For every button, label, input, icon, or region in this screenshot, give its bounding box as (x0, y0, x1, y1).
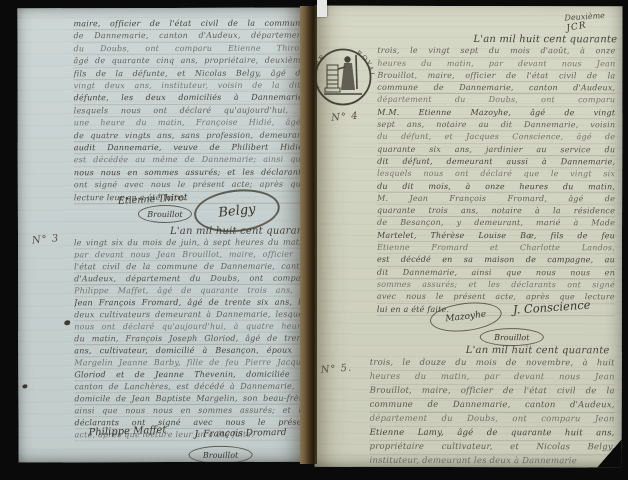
handwriting-line: sept ans, notaire au dit Dannemarie, voi… (377, 119, 615, 132)
signature-brouillot-2: Brouillot (203, 450, 238, 459)
corner-paraph: JCR (565, 21, 587, 34)
handwriting-line: Jean François Fromard, âgé de trente six… (74, 297, 302, 310)
handwriting-line: dit Dannemarie, ainsi que nous nous en (377, 266, 615, 279)
handwriting-line: du défunt, et Jacques Conscience, âgé de (377, 131, 615, 144)
act-4-text: L'an mil huit cent quarantetrois, le vin… (377, 34, 617, 316)
handwriting-line: trois, le vingt sept du mois d'août, à o… (377, 45, 615, 58)
handwriting-line: lesquels nous ont déclaré qu'aujourd'hui… (74, 104, 303, 117)
signature-mazoyhe: Mazoyhe (445, 310, 487, 325)
handwriting-line: fils de la défunte, et Nicolas Belgy, âg… (74, 67, 303, 80)
handwriting-line: département du Doubs, ont comparu (377, 94, 615, 107)
handwriting-line: quarante trois ans, notaire à la résiden… (377, 205, 615, 218)
handwriting-line: Etienne Fromard et Charlotte Landos, (377, 242, 615, 255)
handwriting-line: lesquels nous ont déclaré que le vingt s… (377, 168, 615, 181)
handwriting-line: heures du matin, par devant nous Jean (370, 371, 615, 386)
handwriting-line: propriétaire cultivateur, et Nicolas Bel… (370, 441, 615, 456)
signature-brouillot-1: Brouillot (147, 209, 182, 218)
handwriting-line: L'an mil huit cent quarante (466, 344, 615, 357)
stamp-text-royal: ROYAL (355, 49, 375, 78)
handwriting-line: Gloriod et de Jeanne Thevenin, domicilié… (74, 369, 302, 382)
act-2-closing-text: maire, officier de l'état civil de la co… (73, 18, 302, 205)
handwriting-line: du Doubs, ont comparu Etienne Thirot, (73, 42, 302, 55)
handwriting-line: par devant nous Jean Brouillot, maire, o… (74, 249, 303, 262)
handwriting-line: est décédée au même de Dannemarie; ainsi… (74, 154, 303, 167)
handwriting-line: canton de Lanchères, est décédé à Dannem… (74, 381, 302, 394)
handwriting-line: d'Audeux, département du Doubs, ont comp… (74, 273, 302, 286)
register-page-left: N° 3 maire, officier de l'état civil de … (17, 8, 302, 463)
stamp-figure (338, 55, 357, 90)
handwriting-line: vingt deux ans, instituteur, voisin de l… (74, 80, 303, 93)
act-number-label-5: N° 5. (320, 362, 352, 376)
handwriting-line: nous ont déclaré qu'aujourd'hui, à quatr… (74, 321, 302, 334)
handwriting-line: de Besançon, y demeurant, marié à Made (377, 217, 615, 230)
handwriting-line: commune de Dannemarie, canton d'Audeux, (377, 82, 615, 95)
handwriting-line: Philippe Maffet, âgé de quarante trois a… (74, 285, 302, 298)
signature-belgy: Belgy (218, 201, 256, 220)
handwriting-line: nous nous en sommes assurés; et les décl… (74, 166, 303, 179)
handwriting-line: ainsi que nous nous en sommes assurés; e… (74, 405, 302, 418)
handwriting-line: sommes assurés; et les déclarants ont si… (377, 279, 615, 292)
handwriting-line: domicile de Jean Baptiste Margelin, son … (74, 393, 302, 406)
signature-brouillot-oval-1: Brouillot (138, 205, 192, 223)
handwriting-line: l'état civil de la commune de Dannemarie… (74, 261, 303, 274)
handwriting-line: défunte, les deux domiciliés à Dannemari… (74, 92, 303, 105)
ink-blot (22, 384, 27, 388)
act-number-label-3: N° 3 (32, 233, 60, 246)
handwriting-line: L'an mil huit cent quarante (473, 34, 617, 46)
handwriting-line: du matin, François Joseph Gloriod, âgé d… (74, 333, 302, 346)
handwriting-line: Brouillot, maire, officier de l'état civ… (370, 385, 615, 400)
handwriting-line: une heure du matin, Françoise Hidié, âgé… (74, 117, 303, 130)
handwriting-line: ont signé avec nous le présent acte; apr… (74, 179, 303, 192)
handwriting-line: est décédé en sa maison de campagne, au (377, 254, 615, 267)
handwriting-line: M.M. Etienne Mazoyhe, âgé de vingt (377, 107, 615, 120)
handwriting-line: âgé de quarante cinq ans, propriétaire, … (74, 55, 303, 68)
svg-text:ROYAL: ROYAL (355, 49, 375, 78)
handwriting-line: Brouillot, maire, officier de l'état civ… (377, 70, 615, 83)
handwriting-line: de Dannemarie, canton d'Audeux, départem… (73, 30, 302, 43)
handwriting-line: commune de Dannemarie, canton d'Audeux, (370, 399, 615, 414)
act-3-text: L'an mil huit cent quarante trois,le vin… (74, 226, 303, 442)
handwriting-line: département du Doubs, ont comparu Jean (370, 413, 615, 428)
scanned-register-spread: N° 3 maire, officier de l'état civil de … (0, 0, 628, 480)
handwriting-line: instituteur, demeurant les deux à Dannem… (370, 455, 615, 468)
binding-tape (317, 0, 327, 17)
ink-blot (64, 320, 70, 325)
svg-text:TIMBRE: TIMBRE (311, 53, 327, 92)
act-number-label-4: N° 4 (331, 111, 359, 124)
handwriting-line: heures du matin, par devant nous Jean (377, 57, 615, 70)
signature-etienne-thirot: Etienne Thirot (118, 192, 188, 207)
signature-brouillot-3: Brouillot (494, 333, 529, 342)
handwriting-line: L'an mil huit cent quarante trois, (170, 226, 303, 237)
stamp-text-timbre: TIMBRE (311, 53, 327, 92)
act-5-text: L'an mil huit cent quarantetrois, le dou… (370, 344, 615, 468)
handwriting-line: maire, officier de l'état civil de la co… (73, 18, 302, 31)
handwriting-line: ans, cultivateur, domicilié à Besançon, … (74, 345, 302, 358)
signature-brouillot-oval-2: Brouillot (189, 446, 253, 463)
handwriting-line: audit Dannemarie, veuve de Philibert Hid… (74, 142, 303, 155)
handwriting-line: trois, le douze du mois de novembre, à h… (370, 357, 615, 372)
handwriting-line: Margelin Jeanne Barby, fille de feu Pier… (74, 357, 302, 370)
page-corner-shadow (597, 438, 623, 467)
handwriting-line: du dit mois, à onze heures du matin, (377, 180, 615, 193)
signature-jf-dromard: J. François Dromard (194, 428, 286, 440)
handwriting-line: Etienne Lamy, âgé de quarante huit ans, (370, 427, 615, 442)
handwriting-line: Martelet, Thérèse Louise Bæ, fils de feu (377, 230, 615, 243)
handwriting-line: quarante six ans, jardinier au service d… (377, 143, 615, 156)
handwriting-line: dit défunt, demeurant aussi à Dannemarie… (377, 156, 615, 169)
handwriting-line: deux cultivateurs demeurant à Dannemarie… (74, 309, 302, 322)
handwriting-line: de quatre vingts ans, sans profession, d… (74, 129, 303, 142)
timbre-royal-stamp: TIMBRE ROYAL (311, 44, 375, 110)
handwriting-line: le vingt six du mois de juin, à sept heu… (74, 237, 303, 250)
handwriting-line: M. Jean François Fromard, âgé de (377, 193, 615, 206)
